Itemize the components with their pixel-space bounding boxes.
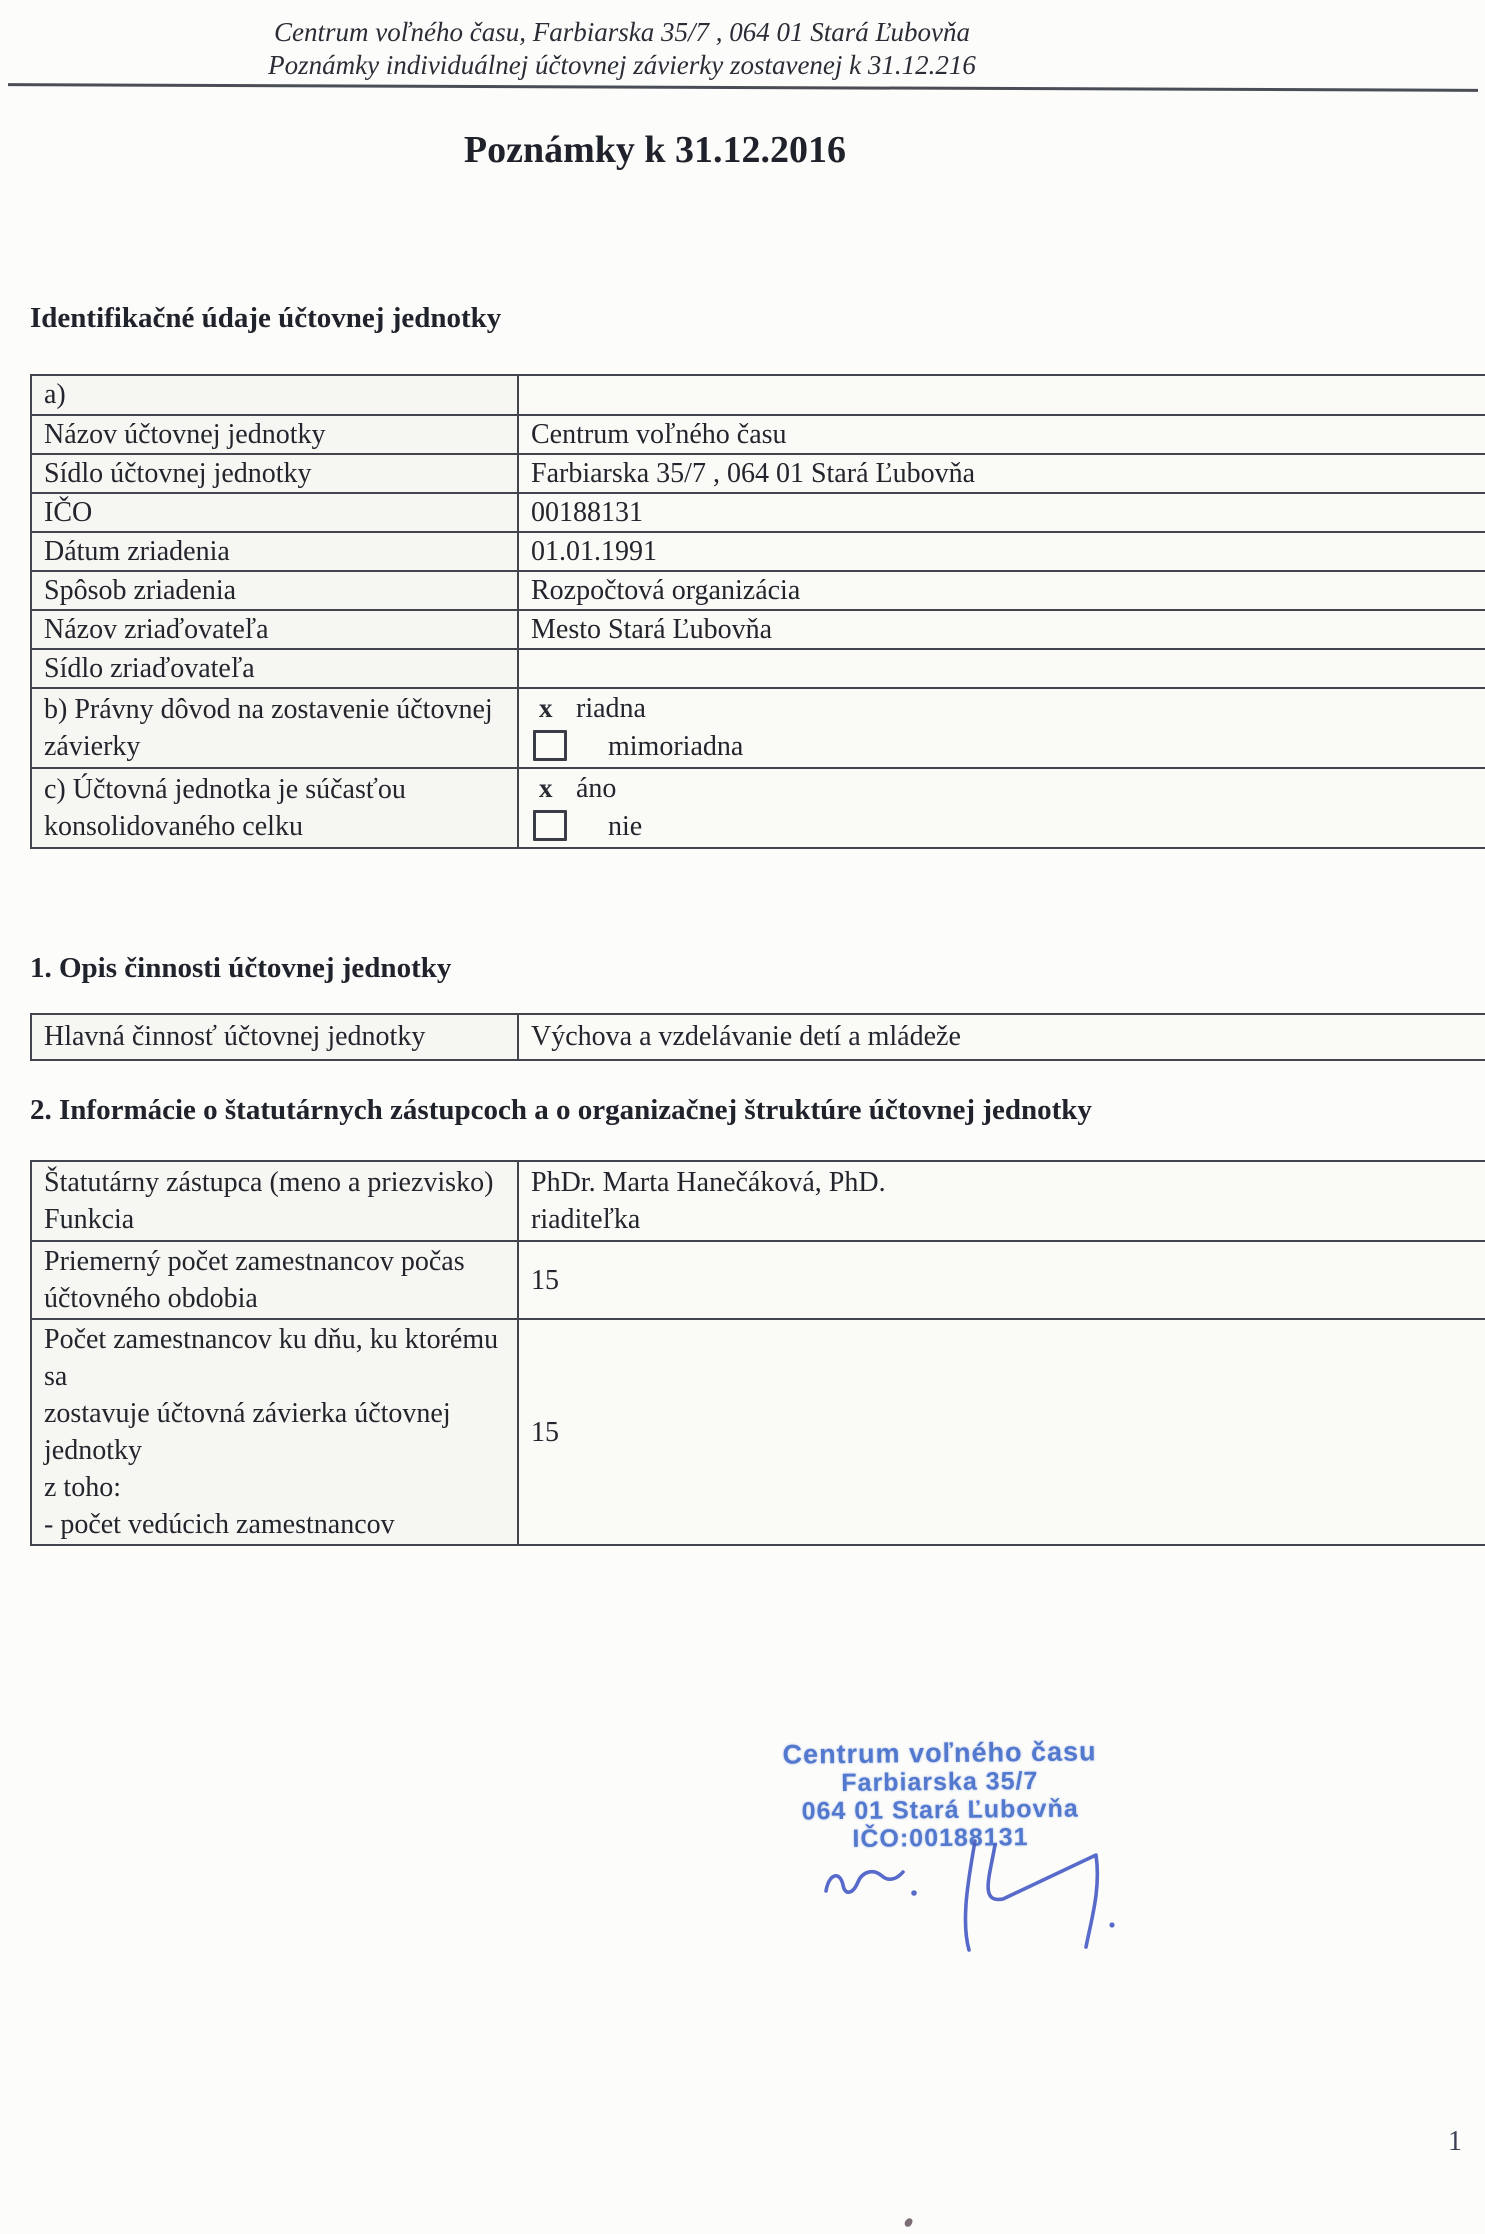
row-label-cell: Štatutárny zástupca (meno a priezvisko) … xyxy=(31,1161,518,1241)
option-label: nie xyxy=(608,811,642,842)
row-value-cell: 15 xyxy=(518,1241,1485,1319)
activity-table: Hlavná činnosť účtovnej jednotky Výchova… xyxy=(30,1013,1485,1061)
signature-flourish-vertical xyxy=(965,1841,975,1950)
option-label: áno xyxy=(576,773,616,804)
table-row: Názov účtovnej jednotky Centrum voľného … xyxy=(31,415,1485,454)
row-value-cell: Farbiarska 35/7 , 064 01 Stará Ľubovňa xyxy=(518,454,1485,493)
table-row: Štatutárny zástupca (meno a priezvisko) … xyxy=(31,1161,1485,1241)
row-options-cell: xáno nie xyxy=(518,768,1485,848)
option-checked: xáno xyxy=(519,770,1485,808)
signature-flourish-k xyxy=(988,1845,1097,1947)
row-label-cell: Spôsob zriadenia xyxy=(31,571,518,610)
identification-table: a) Názov účtovnej jednotky Centrum voľné… xyxy=(30,374,1485,849)
row-value-cell xyxy=(518,375,1485,415)
row-value-cell xyxy=(518,649,1485,688)
table-row-option-c: c) Účtovná jednotka je súčasťou konsolid… xyxy=(31,768,1485,848)
option-label: riadna xyxy=(576,693,646,724)
row-value-cell: Centrum voľného času xyxy=(518,415,1485,454)
row-label-cell: Hlavná činnosť účtovnej jednotky xyxy=(31,1014,518,1060)
row-value-cell: Rozpočtová organizácia xyxy=(518,571,1485,610)
signature-initials-stroke xyxy=(826,1872,903,1892)
checkbox-empty-icon xyxy=(533,810,567,841)
section-heading-activity: 1. Opis činnosti účtovnej jednotky xyxy=(30,952,451,985)
header-org-line: Centrum voľného času, Farbiarska 35/7 , … xyxy=(0,16,1244,49)
row-label-cell: b) Právny dôvod na zostavenie účtovnej z… xyxy=(31,688,518,768)
row-label-cell: c) Účtovná jednotka je súčasťou konsolid… xyxy=(31,768,518,848)
row-value-cell: 00188131 xyxy=(518,493,1485,532)
table-row-option-b: b) Právny dôvod na zostavenie účtovnej z… xyxy=(31,688,1485,768)
stamp-org-name: Centrum voľného času xyxy=(769,1736,1109,1770)
header-subtitle-line: Poznámky individuálnej účtovnej závierky… xyxy=(0,49,1244,82)
table-row: Počet zamestnancov ku dňu, ku ktorému sa… xyxy=(31,1319,1485,1545)
scanned-document-page: Centrum voľného času, Farbiarska 35/7 , … xyxy=(0,0,1485,2234)
row-value-cell: 01.01.1991 xyxy=(518,532,1485,571)
statutory-table: Štatutárny zástupca (meno a priezvisko) … xyxy=(30,1160,1485,1546)
checkbox-empty-icon xyxy=(533,730,567,761)
table-row: Hlavná činnosť účtovnej jednotky Výchova… xyxy=(31,1014,1485,1060)
row-label-cell: Priemerný počet zamestnancov počas účtov… xyxy=(31,1241,518,1319)
row-label-cell: Názov zriaďovateľa xyxy=(31,610,518,649)
row-value-cell: PhDr. Marta Hanečáková, PhD. riaditeľka xyxy=(518,1161,1485,1241)
row-label-cell: a) xyxy=(31,375,518,415)
header-divider-rule xyxy=(8,83,1478,92)
section-heading-identification: Identifikačné údaje účtovnej jednotky xyxy=(30,302,501,335)
row-value-cell: Výchova a vzdelávanie detí a mládeže xyxy=(518,1014,1485,1060)
x-mark-icon: x xyxy=(519,690,576,727)
row-value-cell: 15 xyxy=(518,1319,1485,1545)
option-unchecked: mimoriadna xyxy=(519,728,1485,766)
option-unchecked: nie xyxy=(519,808,1485,846)
page-number: 1 xyxy=(1448,2126,1462,2158)
row-label-cell: Sídlo účtovnej jednotky xyxy=(31,454,518,493)
row-label-cell: IČO xyxy=(31,493,518,532)
row-options-cell: xriadna mimoriadna xyxy=(518,688,1485,768)
table-row: a) xyxy=(31,375,1485,415)
row-label-cell: Dátum zriadenia xyxy=(31,532,518,571)
x-mark-icon: x xyxy=(519,770,576,807)
signature-dot xyxy=(1109,1922,1114,1927)
table-row: Sídlo zriaďovateľa xyxy=(31,649,1485,688)
row-value-cell: Mesto Stará Ľubovňa xyxy=(518,610,1485,649)
option-label: mimoriadna xyxy=(608,731,743,762)
stamp-street: Farbiarska 35/7 xyxy=(770,1766,1110,1798)
option-checked: xriadna xyxy=(519,690,1485,728)
table-row: Názov zriaďovateľa Mesto Stará Ľubovňa xyxy=(31,610,1485,649)
table-row: IČO 00188131 xyxy=(31,493,1485,532)
row-label-cell: Názov účtovnej jednotky xyxy=(31,415,518,454)
signature-dot xyxy=(911,1890,917,1896)
table-row: Priemerný počet zamestnancov počas účtov… xyxy=(31,1241,1485,1319)
section-heading-statutory: 2. Informácie o štatutárnych zástupcoch … xyxy=(30,1094,1092,1127)
scan-artifact-speck xyxy=(903,2217,913,2228)
page-title: Poznámky k 31.12.2016 xyxy=(0,128,1310,172)
stamp-city: 064 01 Stará Ľubovňa xyxy=(770,1794,1110,1826)
row-label-cell: Počet zamestnancov ku dňu, ku ktorému sa… xyxy=(31,1319,518,1545)
table-row: Dátum zriadenia 01.01.1991 xyxy=(31,532,1485,571)
table-row: Sídlo účtovnej jednotky Farbiarska 35/7 … xyxy=(31,454,1485,493)
signature-handwritten xyxy=(790,1833,1130,1973)
row-label-cell: Sídlo zriaďovateľa xyxy=(31,649,518,688)
document-running-header: Centrum voľného času, Farbiarska 35/7 , … xyxy=(0,16,1244,82)
table-row: Spôsob zriadenia Rozpočtová organizácia xyxy=(31,571,1485,610)
